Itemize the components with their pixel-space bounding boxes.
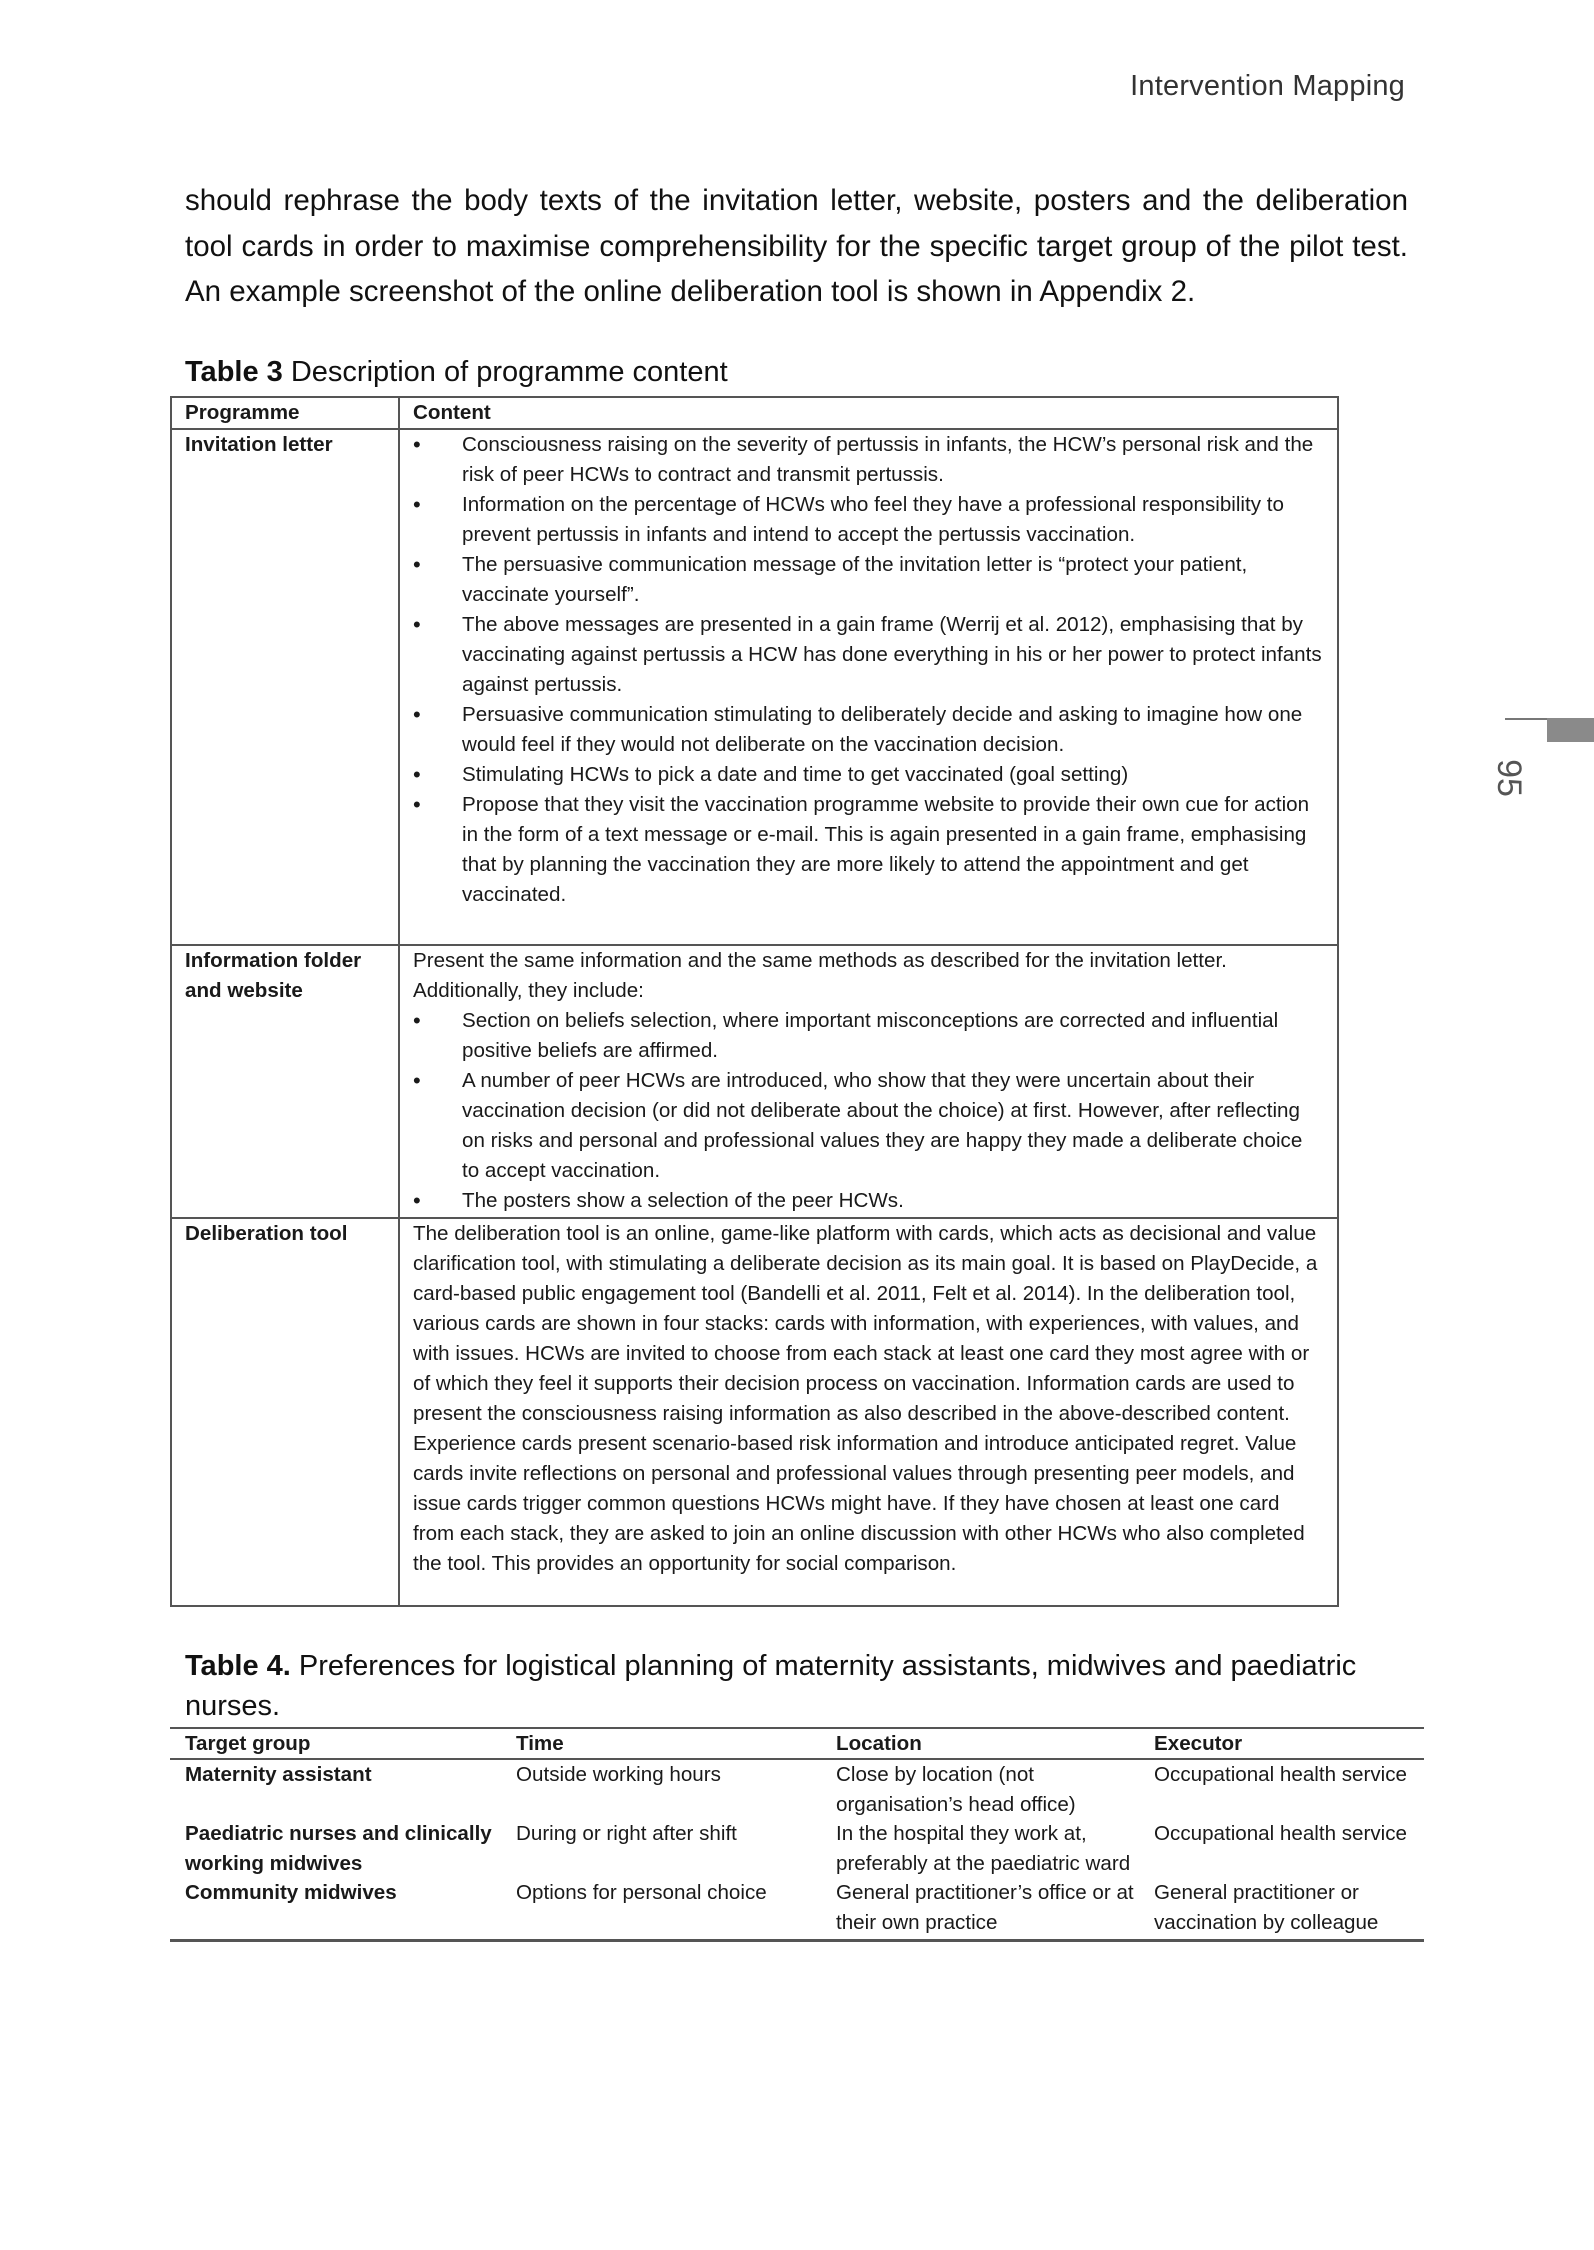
table3-header-row: Programme Content [171, 397, 1338, 429]
bullet-item: Consciousness raising on the severity of… [413, 430, 1325, 490]
table3-programme-content: Programme Content Invitation letterConsc… [170, 396, 1339, 1607]
table3-caption-text: Description of programme content [283, 356, 728, 388]
time-cell: Options for personal choice [501, 1878, 821, 1941]
table3-header-content: Content [399, 397, 1338, 429]
table4-caption-label: Table 4. [185, 1650, 291, 1682]
content-cell: Present the same information and the sam… [399, 945, 1338, 1218]
table4-header-executor: Executor [1139, 1728, 1424, 1759]
bullet-item: Section on beliefs selection, where impo… [413, 1006, 1325, 1066]
content-bullet-list: Section on beliefs selection, where impo… [413, 1006, 1325, 1216]
table3-row: Deliberation toolThe deliberation tool i… [171, 1218, 1338, 1606]
executor-cell: Occupational health service [1139, 1759, 1424, 1819]
page-number: 95 [1492, 748, 1528, 808]
table4-header-target-group: Target group [170, 1728, 501, 1759]
table4-header-row: Target group Time Location Executor [170, 1728, 1424, 1759]
table4-header-location: Location [821, 1728, 1139, 1759]
executor-cell: General practitioner or vaccination by c… [1139, 1878, 1424, 1941]
bullet-item: A number of peer HCWs are introduced, wh… [413, 1066, 1325, 1186]
target-group-cell: Community midwives [170, 1878, 501, 1941]
target-group-cell: Maternity assistant [170, 1759, 501, 1819]
time-cell: During or right after shift [501, 1819, 821, 1878]
content-intro: The deliberation tool is an online, game… [413, 1219, 1325, 1579]
bullet-item: Propose that they visit the vaccination … [413, 790, 1325, 910]
time-cell: Outside working hours [501, 1759, 821, 1819]
table3-caption-label: Table 3 [185, 356, 283, 388]
table4-row: Maternity assistantOutside working hours… [170, 1759, 1424, 1819]
programme-cell: Deliberation tool [171, 1218, 399, 1606]
content-cell: Consciousness raising on the severity of… [399, 429, 1338, 945]
target-group-cell: Paediatric nurses and clinically working… [170, 1819, 501, 1878]
table4-caption-text: Preferences for logistical planning of m… [185, 1650, 1356, 1722]
programme-cell: Invitation letter [171, 429, 399, 945]
table3-caption: Table 3 Description of programme content [185, 356, 728, 389]
programme-cell: Information folder and website [171, 945, 399, 1218]
bullet-item: Information on the percentage of HCWs wh… [413, 490, 1325, 550]
content-cell: The deliberation tool is an online, game… [399, 1218, 1338, 1606]
table4-header-time: Time [501, 1728, 821, 1759]
thumb-tab [1547, 718, 1594, 742]
table3-header-programme: Programme [171, 397, 399, 429]
bullet-item: Stimulating HCWs to pick a date and time… [413, 760, 1325, 790]
bullet-item: Persuasive communication stimulating to … [413, 700, 1325, 760]
content-bullet-list: Consciousness raising on the severity of… [413, 430, 1325, 910]
table3-row: Invitation letterConsciousness raising o… [171, 429, 1338, 945]
table4-row: Paediatric nurses and clinically working… [170, 1819, 1424, 1878]
bullet-item: The posters show a selection of the peer… [413, 1186, 1325, 1216]
table4-logistical-preferences: Target group Time Location Executor Mate… [170, 1727, 1424, 1942]
location-cell: In the hospital they work at, preferably… [821, 1819, 1139, 1878]
table4-row: Community midwivesOptions for personal c… [170, 1878, 1424, 1941]
intro-paragraph: should rephrase the body texts of the in… [185, 178, 1408, 315]
running-head: Intervention Mapping [1130, 70, 1405, 103]
table4-caption: Table 4. Preferences for logistical plan… [185, 1646, 1425, 1726]
executor-cell: Occupational health service [1139, 1819, 1424, 1878]
thumb-tab-line [1505, 718, 1549, 720]
location-cell: General practitioner’s office or at thei… [821, 1878, 1139, 1941]
content-intro: Present the same information and the sam… [413, 946, 1325, 1006]
table3-row: Information folder and websitePresent th… [171, 945, 1338, 1218]
bullet-item: The above messages are presented in a ga… [413, 610, 1325, 700]
location-cell: Close by location (not organisation’s he… [821, 1759, 1139, 1819]
bullet-item: The persuasive communication message of … [413, 550, 1325, 610]
